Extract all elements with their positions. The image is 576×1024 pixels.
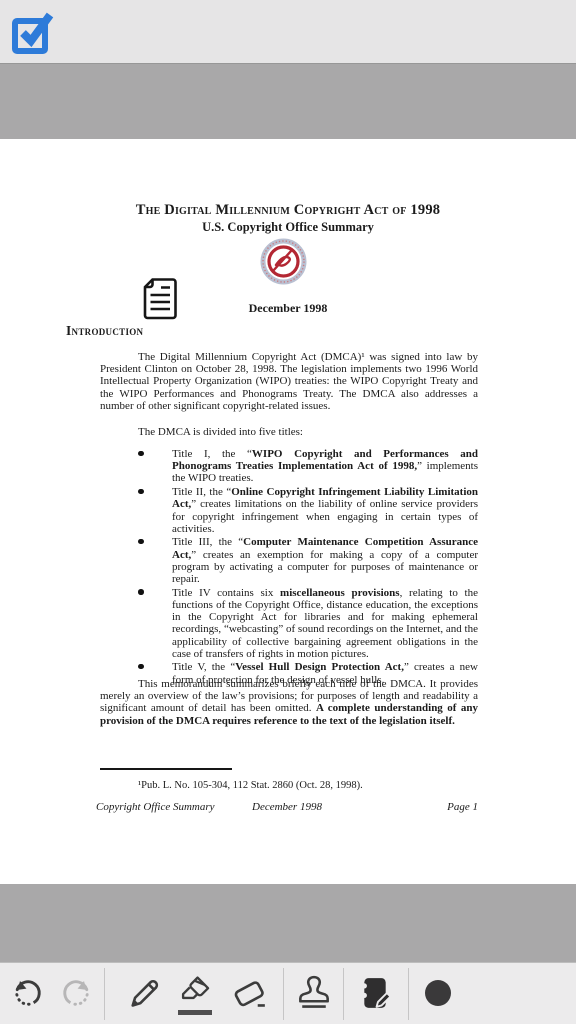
bullet-dot xyxy=(138,664,144,670)
list-item: Title III, the “Computer Maintenance Com… xyxy=(100,536,478,585)
list-intro-paragraph: The DMCA is divided into five titles: xyxy=(100,426,478,438)
toolbar-separator xyxy=(104,968,105,1020)
list-item: Title I, the “WIPO Copyright and Perform… xyxy=(100,448,478,485)
copyright-office-seal-icon xyxy=(260,238,307,285)
redo-icon xyxy=(58,975,94,1014)
app-check-button[interactable] xyxy=(8,6,58,60)
titles-bullet-list: Title I, the “WIPO Copyright and Perform… xyxy=(100,448,478,687)
stamp-icon xyxy=(295,973,333,1016)
intro-paragraph: The Digital Millennium Copyright Act (DM… xyxy=(100,351,478,412)
bullet-dot xyxy=(138,489,144,495)
toolbar-separator xyxy=(283,968,284,1020)
bullet-dot xyxy=(138,451,144,457)
document-subtitle: U.S. Copyright Office Summary xyxy=(0,220,576,235)
undo-icon xyxy=(10,975,46,1014)
list-item: Title II, the “Online Copyright Infringe… xyxy=(100,486,478,535)
section-heading: Introduction xyxy=(66,323,143,339)
highlighter-color-bar xyxy=(178,1010,212,1015)
annotation-toolbar xyxy=(0,962,576,1024)
document-title: The Digital Millennium Copyright Act of … xyxy=(0,202,576,219)
highlighter-icon xyxy=(178,973,212,1008)
color-circle-icon xyxy=(423,978,453,1011)
app-header xyxy=(0,0,576,64)
stamp-tool-button[interactable] xyxy=(290,969,338,1019)
undo-button[interactable] xyxy=(4,969,52,1019)
app-screen: The Digital Millennium Copyright Act of … xyxy=(0,0,576,1024)
note-editor-tool-button[interactable] xyxy=(351,969,399,1019)
blue-checkbox-icon xyxy=(10,46,56,61)
bullet-dot xyxy=(138,589,144,595)
footer-date: December 1998 xyxy=(96,801,478,813)
highlighter-tool-button[interactable] xyxy=(171,969,219,1019)
footnote: ¹Pub. L. No. 105-304, 112 Stat. 2860 (Oc… xyxy=(100,780,478,792)
eraser-tool-button[interactable] xyxy=(226,969,274,1019)
notebook-pencil-icon xyxy=(356,974,394,1015)
list-item: Title IV contains six miscellaneous prov… xyxy=(100,587,478,660)
eraser-icon xyxy=(231,975,269,1014)
pdf-page[interactable]: The Digital Millennium Copyright Act of … xyxy=(0,139,576,884)
pencil-tool-button[interactable] xyxy=(120,969,168,1019)
toolbar-separator xyxy=(408,968,409,1020)
color-swatch-button[interactable] xyxy=(414,969,462,1019)
pencil-icon xyxy=(125,974,163,1015)
document-date: December 1998 xyxy=(0,301,576,316)
footnote-rule xyxy=(100,768,232,770)
redo-button[interactable] xyxy=(52,969,100,1019)
bullet-dot xyxy=(138,539,144,545)
toolbar-separator xyxy=(343,968,344,1020)
closing-paragraph: This memorandum summarizes briefly each … xyxy=(100,678,478,727)
page-footer: December 1998 Copyright Office Summary P… xyxy=(96,801,478,813)
